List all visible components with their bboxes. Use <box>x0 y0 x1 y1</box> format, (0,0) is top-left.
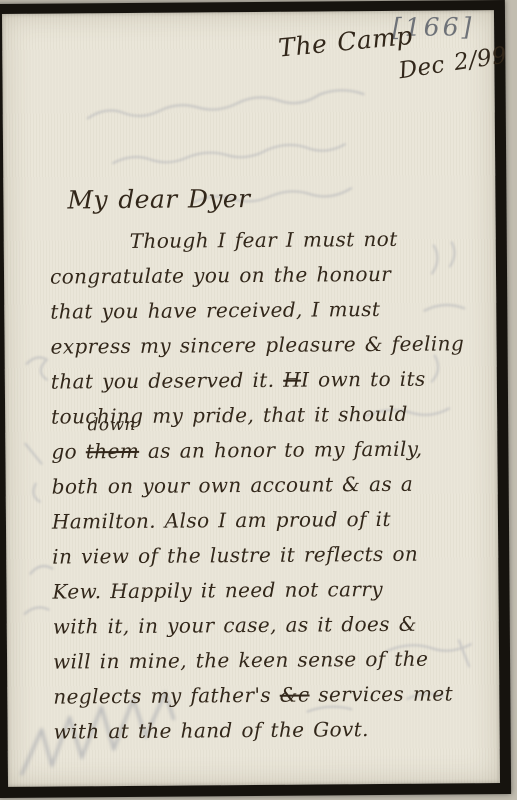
letter-photo-frame: [166] The Camp Dec 2/99 My dear Dyer Tho… <box>0 0 511 798</box>
photo-mat: { "colors": { "mat": "#c2bdb0", "frame":… <box>0 0 517 800</box>
text-segment: Though I fear I must not <box>130 227 398 253</box>
letter-line: that you have received, I must <box>50 292 486 330</box>
letter-line: with it, in your case, as it does & <box>53 607 489 645</box>
dateline-date: Dec 2/99 <box>397 43 509 85</box>
text-segment: express my sincere pleasure & feeling <box>50 331 464 358</box>
letter-page: [166] The Camp Dec 2/99 My dear Dyer Tho… <box>2 10 500 787</box>
text-segment: congratulate you on the honour <box>50 262 391 289</box>
dateline-place: The Camp <box>277 21 414 63</box>
strikethrough-word: H <box>283 368 301 392</box>
letter-line: Kew. Happily it need not carry <box>52 572 488 610</box>
letter-line: that you deserved it. HI own to its <box>51 362 487 400</box>
text-segment: in view of the lustre it reflects on <box>52 542 418 569</box>
letter-line: neglects my father's &c services met <box>53 677 489 715</box>
insertion-wrap: downthem <box>86 435 140 468</box>
letter-line: in view of the lustre it reflects on <box>52 537 488 575</box>
letter-line: Hamilton. Also I am proud of it <box>52 502 488 540</box>
inserted-word: down <box>88 417 136 434</box>
text-segment: services met <box>309 681 453 706</box>
letter-content: [166] The Camp Dec 2/99 My dear Dyer Tho… <box>2 10 500 787</box>
strikethrough-word: &c <box>280 683 310 707</box>
letter-line: will in mine, the keen sense of the <box>53 642 489 680</box>
letter-line: congratulate you on the honour <box>50 257 486 295</box>
text-segment: go <box>51 439 86 463</box>
text-segment: both on your own account & as a <box>52 472 414 499</box>
text-segment: with at the hand of the Govt. <box>54 717 369 743</box>
letter-line: go downthem as an honor to my family, <box>51 432 487 470</box>
letter-line: both on your own account & as a <box>52 467 488 505</box>
text-segment: will in mine, the keen sense of the <box>53 647 428 674</box>
salutation: My dear Dyer <box>67 184 250 214</box>
text-segment: I own to its <box>301 367 426 392</box>
letter-line: with at the hand of the Govt. <box>53 712 489 750</box>
strikethrough-word: them <box>86 439 140 463</box>
text-segment: as an honor to my family, <box>139 437 423 463</box>
text-segment: neglects my father's <box>53 683 280 709</box>
text-segment: that you deserved it. <box>51 368 284 394</box>
letter-line: Though I fear I must not <box>50 222 486 260</box>
text-segment: that you have received, I must <box>50 297 380 324</box>
text-segment: with it, in your case, as it does & <box>53 612 417 639</box>
letter-line: express my sincere pleasure & feeling <box>50 327 486 365</box>
text-segment: Hamilton. Also I am proud of it <box>52 507 391 534</box>
text-segment: Kew. Happily it need not carry <box>52 577 383 604</box>
letter-body: Though I fear I must notcongratulate you… <box>50 222 490 750</box>
